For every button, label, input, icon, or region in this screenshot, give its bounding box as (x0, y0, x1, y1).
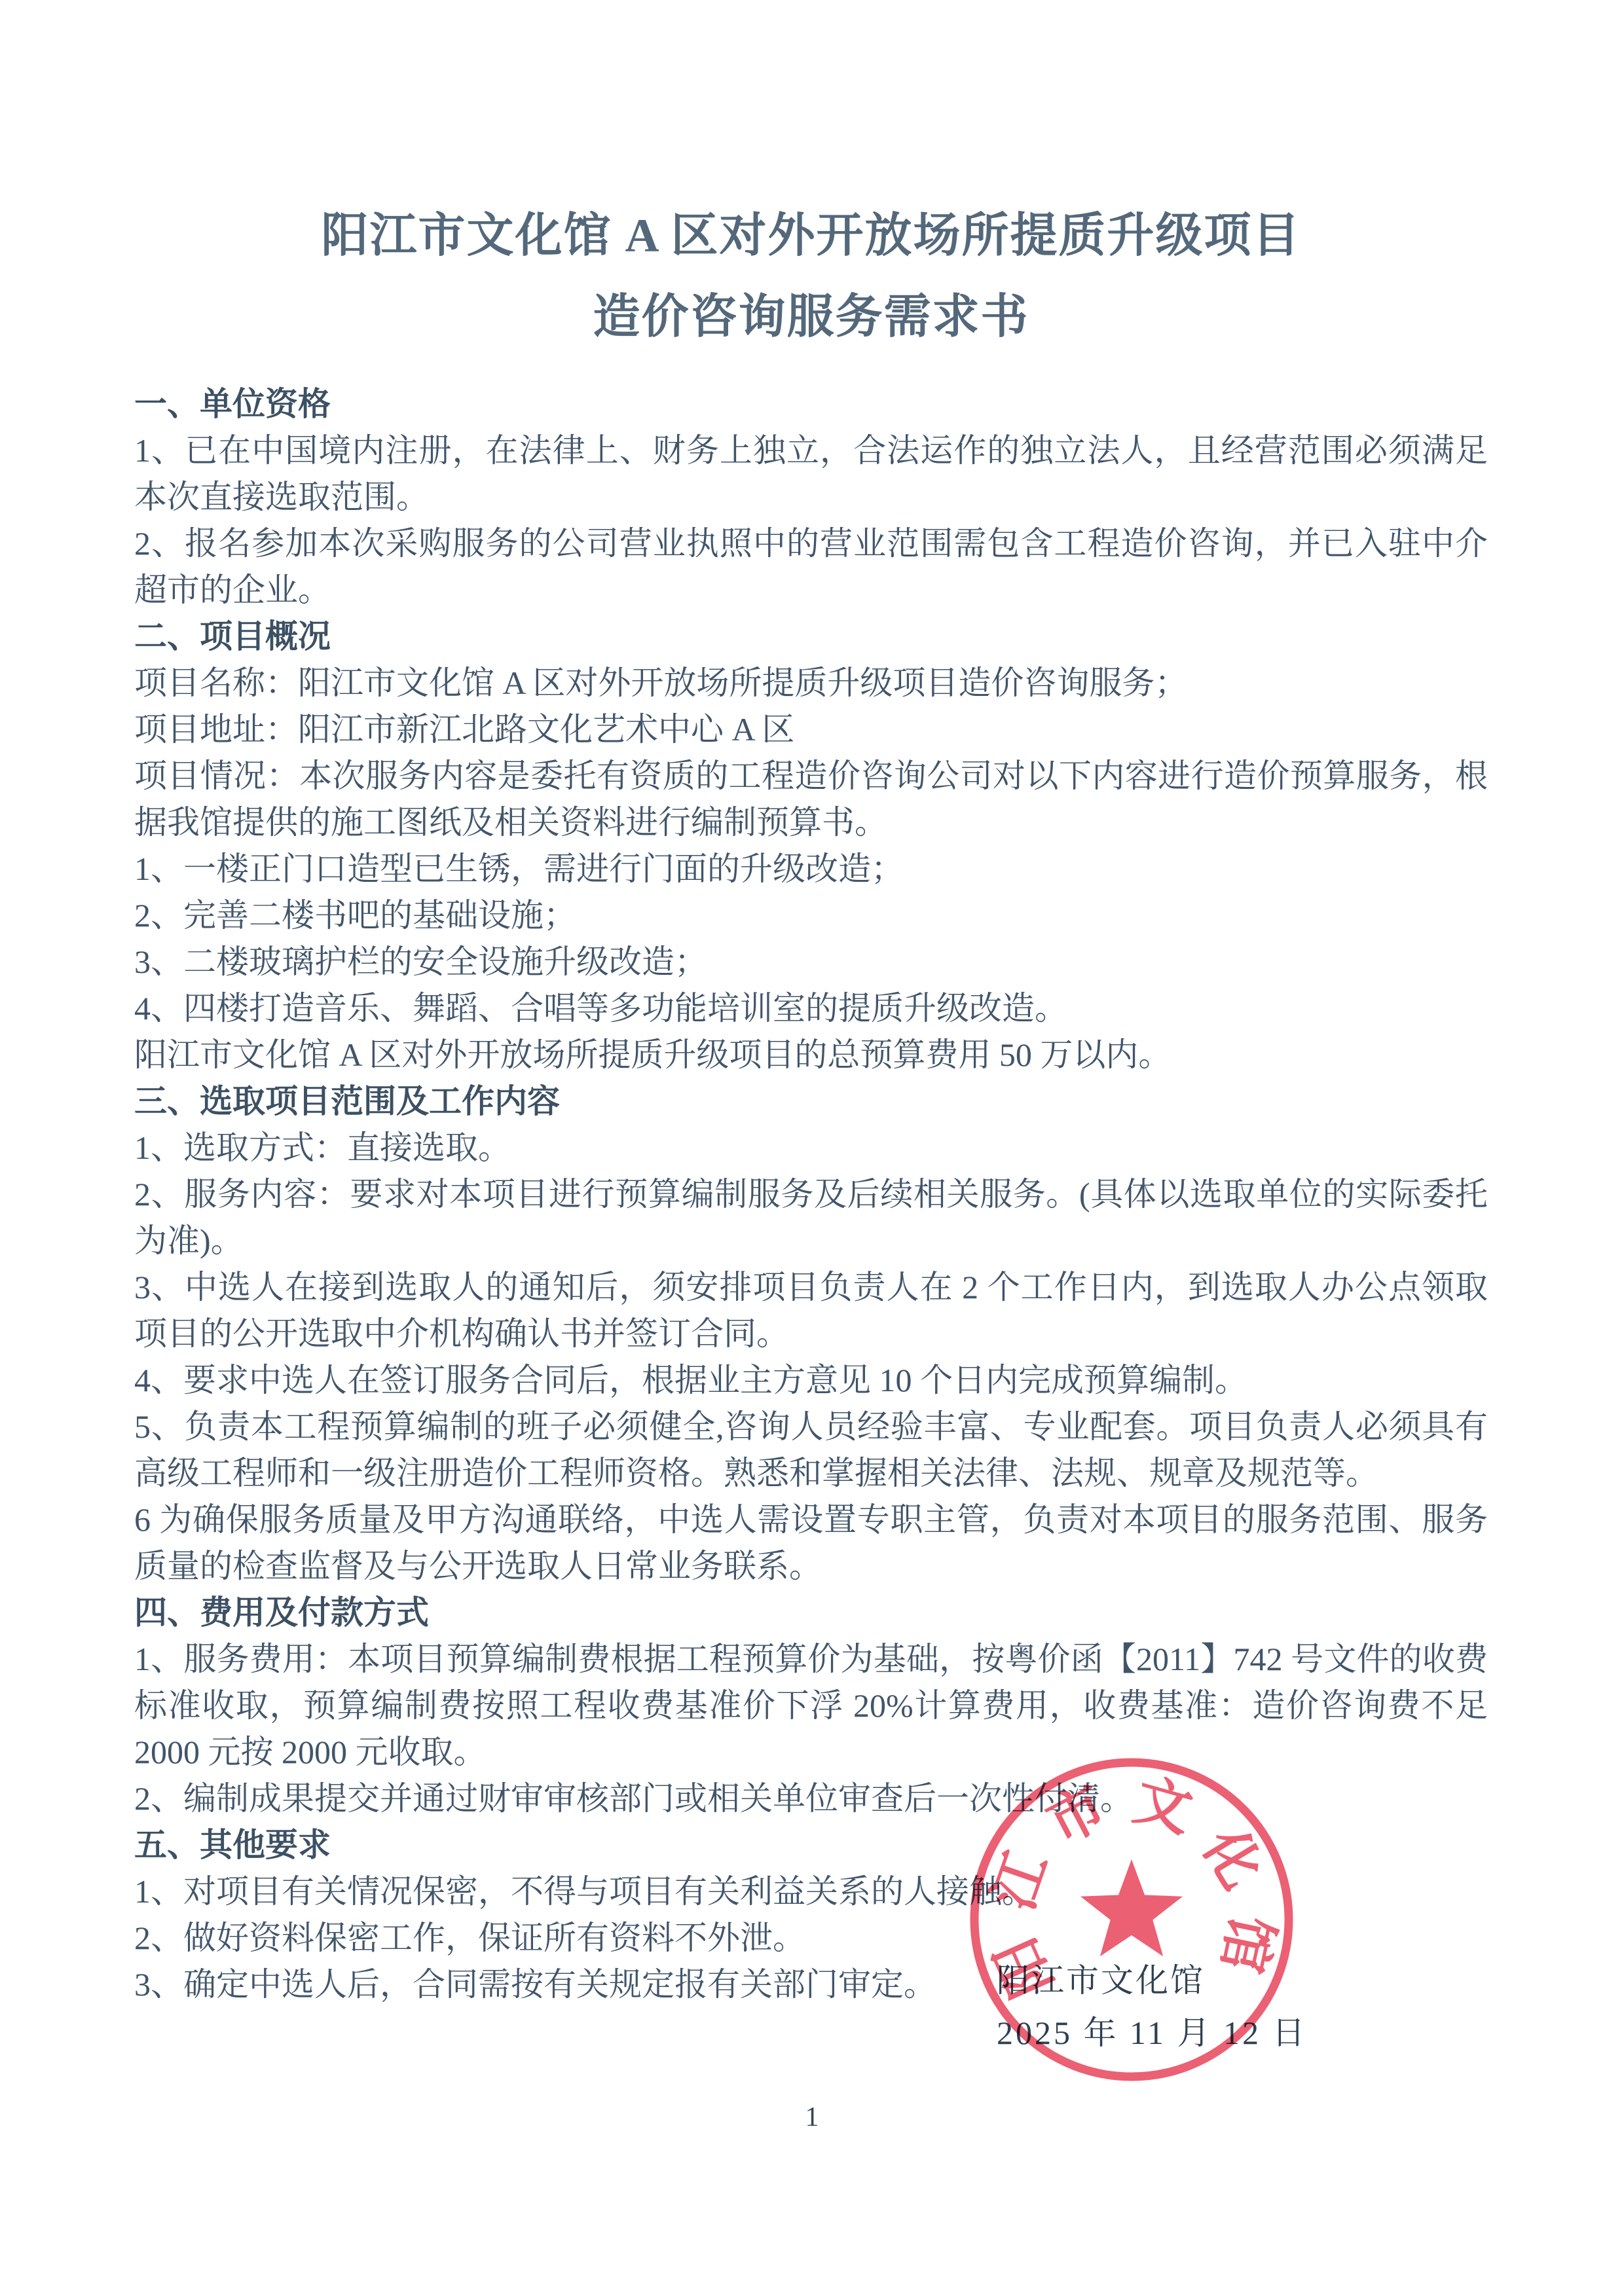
paragraph-project-address: 项目地址：阳江市新江北路文化艺术中心 A 区 (134, 706, 1488, 753)
paragraph-budget-total: 阳江市文化馆 A 区对外开放场所提质升级项目的总预算费用 50 万以内。 (134, 1032, 1488, 1078)
paragraph: 1、选取方式：直接选取。 (134, 1125, 1488, 1171)
paragraph: 3、中选人在接到选取人的通知后，须安排项目负责人在 2 个工作日内，到选取人办公… (134, 1264, 1488, 1357)
paragraph: 4、四楼打造音乐、舞蹈、合唱等多功能培训室的提质升级改造。 (134, 985, 1488, 1032)
seal-arc-char: 馆 (1210, 1910, 1283, 1978)
official-seal-stamp: 阳 江 市 文 化 馆 (961, 1749, 1302, 2090)
document-page: 阳江市文化馆 A 区对外开放场所提质升级项目 造价咨询服务需求书 一、单位资格 … (0, 0, 1624, 2296)
section-heading-scope: 三、选取项目范围及工作内容 (134, 1078, 1488, 1125)
seal-arc-char: 文 (1128, 1768, 1199, 1844)
paragraph: 5、负责本工程预算编制的班子必须健全,咨询人员经验丰富、专业配套。项目负责人必须… (134, 1404, 1488, 1497)
paragraph: 1、一楼正门口造型已生锈，需进行门面的升级改造； (134, 846, 1488, 892)
paragraph: 6 为确保服务质量及甲方沟通联络，中选人需设置专职主管，负责对本项目的服务范围、… (134, 1497, 1488, 1590)
paragraph-project-situation: 项目情况：本次服务内容是委托有资质的工程造价咨询公司对以下内容进行造价预算服务，… (134, 753, 1488, 846)
paragraph: 3、二楼玻璃护栏的安全设施升级改造； (134, 939, 1488, 985)
paragraph: 1、已在中国境内注册，在法律上、财务上独立，合法运作的独立法人，且经营范围必须满… (134, 428, 1488, 520)
section-heading-project-overview: 二、项目概况 (134, 613, 1488, 660)
paragraph: 2、服务内容：要求对本项目进行预算编制服务及后续相关服务。(具体以选取单位的实际… (134, 1171, 1488, 1264)
star-icon (1080, 1859, 1183, 1956)
section-heading-fees: 四、费用及付款方式 (134, 1590, 1488, 1636)
paragraph: 2、报名参加本次采购服务的公司营业执照中的营业范围需包含工程造价咨询，并已入驻中… (134, 520, 1488, 613)
page-number: 1 (792, 2102, 832, 2133)
doc-title-line2: 造价咨询服务需求书 (134, 285, 1488, 348)
paragraph: 2、完善二楼书吧的基础设施； (134, 892, 1488, 939)
paragraph: 4、要求中选人在签订服务合同后，根据业主方意见 10 个日内完成预算编制。 (134, 1357, 1488, 1404)
section-heading-unit-qualification: 一、单位资格 (134, 381, 1488, 428)
doc-title-line1: 阳江市文化馆 A 区对外开放场所提质升级项目 (134, 204, 1488, 267)
document-body: 阳江市文化馆 A 区对外开放场所提质升级项目 造价咨询服务需求书 一、单位资格 … (134, 204, 1488, 2008)
paragraph-project-name: 项目名称：阳江市文化馆 A 区对外开放场所提质升级项目造价咨询服务； (134, 660, 1488, 706)
